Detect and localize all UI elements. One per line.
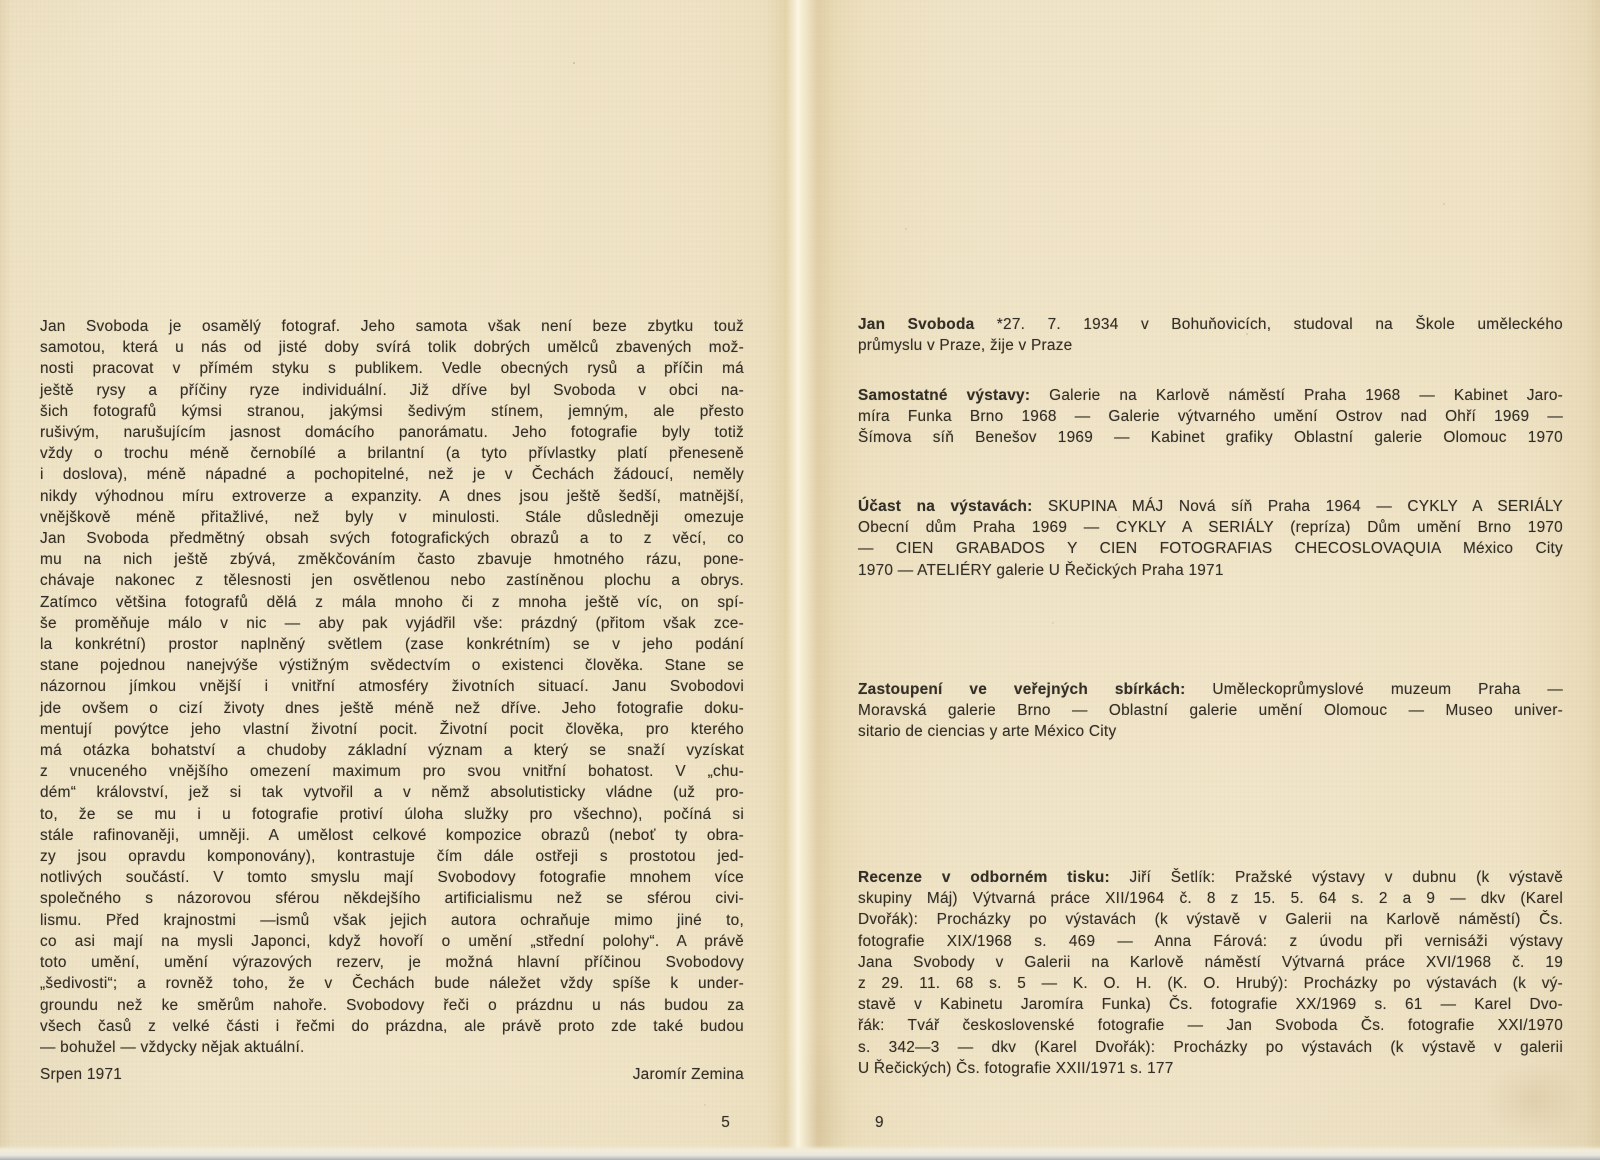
section-line: Moravská galerie Brno — Oblastní galerie… bbox=[858, 700, 1563, 721]
essay-line: nikdy výhodnou míru extroverze a expanzi… bbox=[40, 486, 744, 507]
bio-name: Jan Svoboda bbox=[858, 316, 974, 333]
section-line: Šímova síň Benešov 1969 — Kabinet grafik… bbox=[858, 427, 1563, 448]
page-number-left: 5 bbox=[40, 1112, 730, 1133]
bio-intro-rest: *27. 7. 1934 v Bohuňovicích, studoval na… bbox=[974, 316, 1563, 333]
section-label: Zastoupení ve veřejných sbírkách: bbox=[858, 681, 1186, 698]
section-first-rest: SKUPINA MÁJ Nová síň Praha 1964 — CYKLY … bbox=[1033, 498, 1563, 515]
section-first-line: Samostatné výstavy: Galerie na Karlově n… bbox=[858, 385, 1563, 406]
section-first-line: Účast na výstavách: SKUPINA MÁJ Nová síň… bbox=[858, 496, 1563, 517]
essay-line: lismu. Před krajnostmi —ismů však jejich… bbox=[40, 910, 744, 931]
essay-line: i doslova), méně nápadné a pochopitelné,… bbox=[40, 464, 744, 485]
essay-line: má otázka bohatství a chudoby základní v… bbox=[40, 740, 744, 761]
section-line: z 29. 11. 68 s. 5 — K. O. H. (K. O. Hrub… bbox=[858, 973, 1563, 994]
section-line: fotografie XIX/1968 s. 469 — Anna Fárová… bbox=[858, 931, 1563, 952]
essay-line: groundu než ke směrům nahoře. Svobodovy … bbox=[40, 995, 744, 1016]
essay-date: Srpen 1971 bbox=[40, 1064, 122, 1085]
essay-author: Jaromír Zemina bbox=[633, 1064, 744, 1085]
section-line: Dvořák): Procházky po výstavách (k výsta… bbox=[858, 909, 1563, 930]
essay-line: toto umění, umění výrazových rezerv, je … bbox=[40, 952, 744, 973]
section-first-rest: Uměleckoprůmyslové muzeum Praha — bbox=[1186, 681, 1563, 698]
essay-line: stále rafinovaněji, umněji. A umělost ce… bbox=[40, 825, 744, 846]
essay-line: mentují povýtce jeho vlastní životní poc… bbox=[40, 719, 744, 740]
section-solo-exhibitions: Samostatné výstavy: Galerie na Karlově n… bbox=[858, 385, 1563, 449]
essay-line: z vnuceného vnějšího omezení maximum pro… bbox=[40, 761, 744, 782]
section-first-line: Zastoupení ve veřejných sbírkách: Umělec… bbox=[858, 679, 1563, 700]
essay-line: dém“ království, jež si tak vytvořil a v… bbox=[40, 782, 744, 803]
essay-line: — bohužel — vždycky nějak aktuální. bbox=[40, 1037, 744, 1058]
essay-line: jde ovšem o cizí životy dnes ještě méně … bbox=[40, 698, 744, 719]
essay-line: vnějškově méně přitažlivé, než byly v mi… bbox=[40, 507, 744, 528]
bio-block: Jan Svoboda *27. 7. 1934 v Bohuňovicích,… bbox=[858, 314, 1563, 356]
essay-line: chávaje nakonec z tělesnosti jen osvětle… bbox=[40, 570, 744, 591]
essay-line: rušivým, narušujícím jasnost domácího pa… bbox=[40, 422, 744, 443]
page-fold-gutter bbox=[766, 0, 862, 1160]
essay-line: mu na nich ještě zbývá, změkčováním čast… bbox=[40, 549, 744, 570]
essay-line: společného s názorovou sférou někdejšího… bbox=[40, 888, 744, 909]
section-first-line: Recenze v odborném tisku: Jiří Šetlík: P… bbox=[858, 867, 1563, 888]
essay-line: názornou jímkou vnější i vnitřní atmosfé… bbox=[40, 676, 744, 697]
essay-line: la konkrétní) prostor naplněný světlem (… bbox=[40, 634, 744, 655]
essay-line: všech časů z velké části i řečmi do práz… bbox=[40, 1016, 744, 1037]
essay-line: ještě rysy a příčiny ryze individuální. … bbox=[40, 380, 744, 401]
essay-line: Jan Svoboda předmětný obsah svých fotogr… bbox=[40, 528, 744, 549]
essay-line: to, že se mu i u fotografie protiví úloh… bbox=[40, 804, 744, 825]
essay-text: Jan Svoboda je osamělý fotograf. Jeho sa… bbox=[40, 316, 744, 1058]
section-line: s. 342—3 — dkv (Karel Dvořák): Procházky… bbox=[858, 1037, 1563, 1058]
section-line: Obecní dům Praha 1969 — CYKLY A SERIÁLY … bbox=[858, 517, 1563, 538]
section-line: 1970 — ATELIÉRY galerie U Řečických Prah… bbox=[858, 560, 1563, 581]
page-number-right: 9 bbox=[875, 1112, 935, 1133]
essay-line: še proměňuje málo v nic — aby pak vyjádř… bbox=[40, 613, 744, 634]
essay-line: notlivých součástí. V tomto smyslu mají … bbox=[40, 867, 744, 888]
paper-specks bbox=[0, 0, 2, 2]
bio-line: průmyslu v Praze, žije v Praze bbox=[858, 335, 1563, 356]
section-line: řák: Tvář československé fotografie — Ja… bbox=[858, 1015, 1563, 1036]
section-line: stavě v Kabinetu Jaromíra Funka) Čs. fot… bbox=[858, 994, 1563, 1015]
section-public-collections: Zastoupení ve veřejných sbírkách: Umělec… bbox=[858, 679, 1563, 743]
section-line: míra Funka Brno 1968 — Galerie výtvarnéh… bbox=[858, 406, 1563, 427]
essay-signature-row: Srpen 1971 Jaromír Zemina bbox=[40, 1064, 744, 1085]
section-line: skupiny Máj) Výtvarná práce XII/1964 č. … bbox=[858, 888, 1563, 909]
essay-line: vždy o trochu méně černobílé a brilantní… bbox=[40, 443, 744, 464]
essay-line: nosti pracovat v přímém styku s publikem… bbox=[40, 358, 744, 379]
section-first-rest: Galerie na Karlově náměstí Praha 1968 — … bbox=[1030, 387, 1563, 404]
essay-line: samotou, která u nás od jisté doby svírá… bbox=[40, 337, 744, 358]
section-first-rest: Jiří Šetlík: Pražské výstavy v dubnu (k … bbox=[1110, 869, 1563, 886]
section-line: sitario de ciencias y arte México City bbox=[858, 721, 1563, 742]
section-label: Recenze v odborném tisku: bbox=[858, 869, 1110, 886]
section-line: — CIEN GRABADOS Y CIEN FOTOGRAFIAS CHECO… bbox=[858, 538, 1563, 559]
section-press-reviews: Recenze v odborném tisku: Jiří Šetlík: P… bbox=[858, 867, 1563, 1079]
section-label: Samostatné výstavy: bbox=[858, 387, 1030, 404]
section-line: Jana Svobody v Galerii na Karlově náměst… bbox=[858, 952, 1563, 973]
section-group-exhibitions: Účast na výstavách: SKUPINA MÁJ Nová síň… bbox=[858, 496, 1563, 581]
essay-line: „šedivosti“; a rovněž toho, že v Čechách… bbox=[40, 973, 744, 994]
essay-line: šich fotografů kýmsi stranou, jakýmsi še… bbox=[40, 401, 744, 422]
section-line: U Řečických) Čs. fotografie XXII/1971 s.… bbox=[858, 1058, 1563, 1079]
bio-first-line: Jan Svoboda *27. 7. 1934 v Bohuňovicích,… bbox=[858, 314, 1563, 335]
essay-line: zy jsou opravdu komponovány), kontrastuj… bbox=[40, 846, 744, 867]
essay-line: Zatímco většina fotografů dělá z mála mn… bbox=[40, 592, 744, 613]
catalog-spread: Jan Svoboda je osamělý fotograf. Jeho sa… bbox=[0, 0, 1600, 1160]
section-label: Účast na výstavách: bbox=[858, 498, 1033, 515]
essay-line: stane pojednou nanejvýše výstižným svěde… bbox=[40, 655, 744, 676]
essay-line: Jan Svoboda je osamělý fotograf. Jeho sa… bbox=[40, 316, 744, 337]
essay-line: co asi mají na mysli Japonci, když hovoř… bbox=[40, 931, 744, 952]
